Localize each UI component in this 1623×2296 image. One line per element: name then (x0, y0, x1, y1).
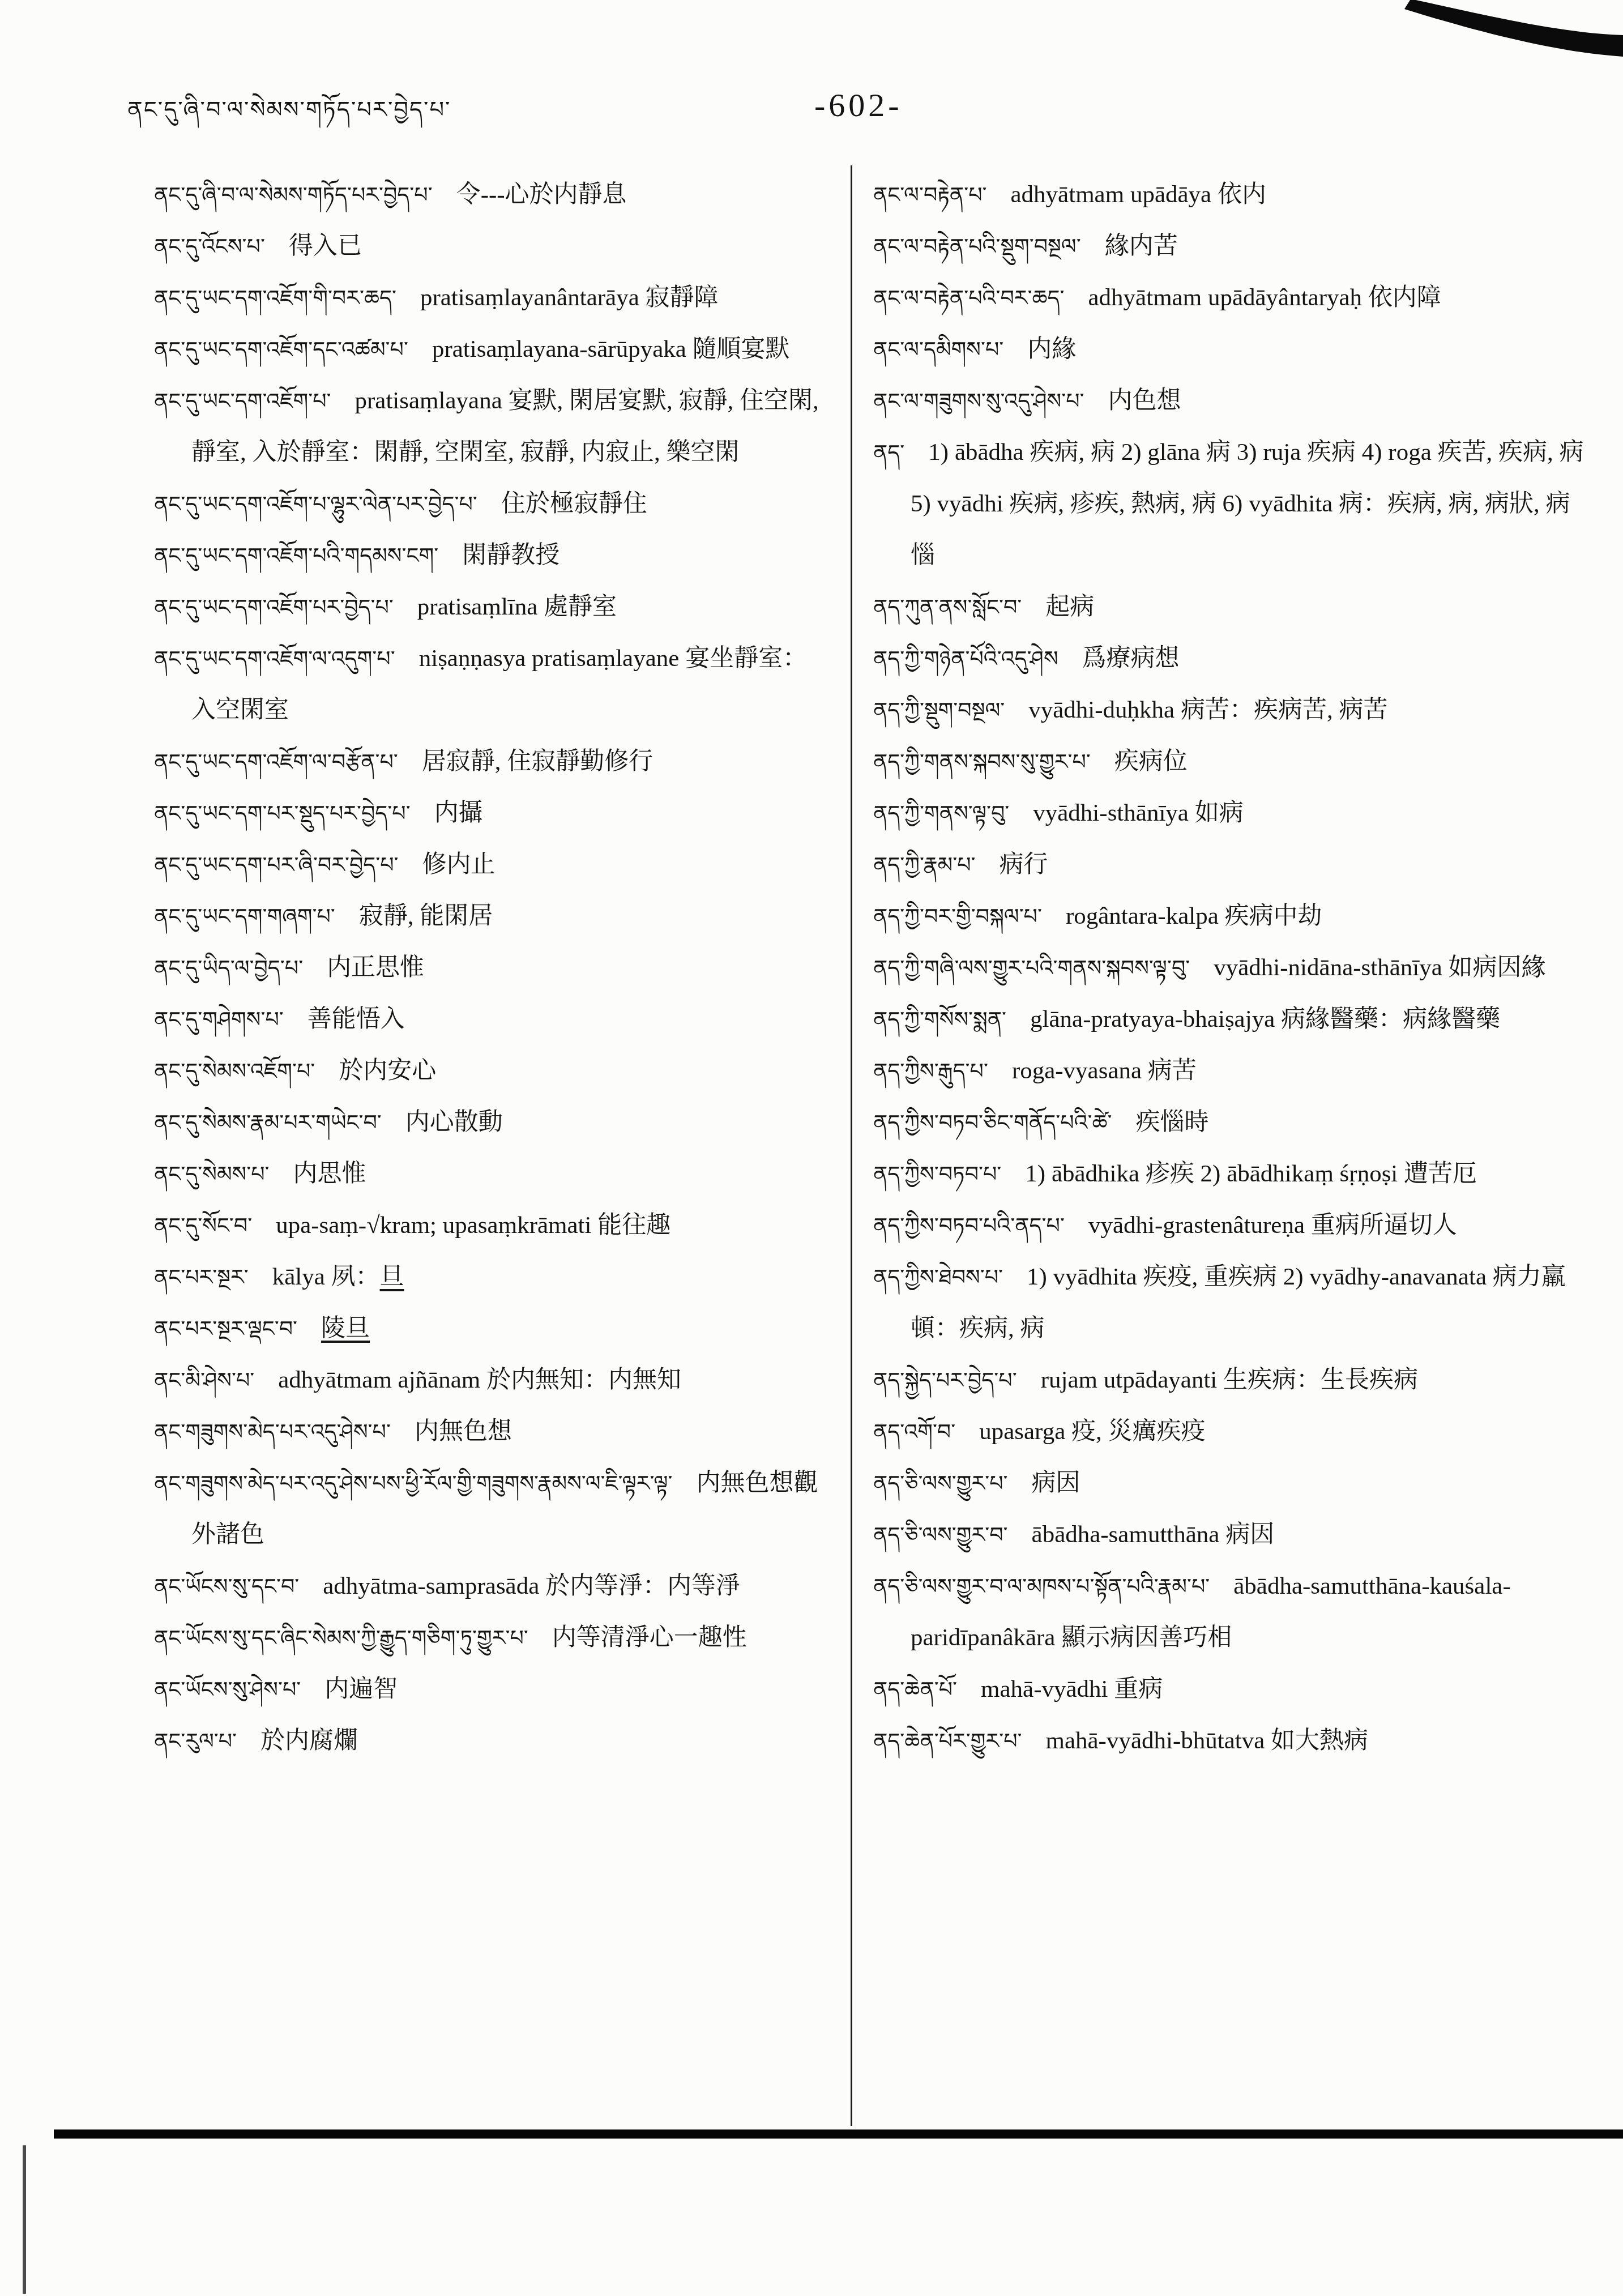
dictionary-entry: ནང་གཟུགས་མེད་པར་འདུ་ཤེས་པས་ཕྱི་རོལ་གྱི་ག… (154, 1457, 829, 1560)
tibetan-headword: ནད་ཀྱི་གནས་སྐབས་སུ་གྱུར་པ་ (873, 749, 1091, 774)
tibetan-headword: ནད་ཀྱི་སྡུག་བསྔལ་ (873, 698, 1005, 723)
tibetan-headword: ནད་ཀྱི་བར་གྱི་བསྐལ་པ་ (873, 904, 1042, 929)
page-number: -602- (814, 86, 903, 124)
gloss-text: 於内腐爛 (260, 1727, 358, 1754)
gloss-text: mahā-vyādhi 重病 (981, 1676, 1163, 1702)
dictionary-entry: ནང་ཡོངས་སུ་ཤེས་པ་内遍智 (154, 1663, 829, 1715)
gloss-text: 緣内苦 (1105, 233, 1178, 259)
tibetan-headword: ནང་དུ་ཡང་དག་འཇོག་གི་བར་ཆད་ (154, 285, 396, 310)
gloss-text: 爲療病想 (1082, 645, 1180, 672)
tibetan-headword: ནང་ལ་གཟུགས་སུ་འདུ་ཤེས་པ་ (873, 389, 1084, 413)
gloss-text: glāna-pratyaya-bhaiṣajya 病緣醫藥：病緣醫藥 (1030, 1006, 1500, 1032)
gloss-text: 内心散動 (405, 1109, 503, 1136)
dictionary-entry: ནང་དུ་ཡང་དག་འཇོག་པ་ལྷུར་ལེན་པར་བྱེད་པ་住於… (154, 478, 829, 530)
dictionary-entry: ནད་སྐྱེད་པར་བྱེད་པ་rujam utpādayanti 生疾病… (873, 1354, 1594, 1406)
tibetan-headword: ནང་དུ་ཡང་དག་འཇོག་པ་ལྷུར་ལེན་པར་བྱེད་པ་ (154, 492, 477, 517)
gloss-text: 起病 (1045, 594, 1094, 620)
gloss-text: pratisaṃlayana-sārūpyaka 隨順宴默 (432, 336, 790, 362)
tibetan-headword: ནང་ཡོངས་སུ་དང་ཞིང་སེམས་ཀྱི་རྒྱུད་གཅིག་ཏུ… (154, 1625, 528, 1650)
tibetan-headword: ནང་པར་སྔར་ (154, 1265, 249, 1290)
dictionary-entry: ནང་ལ་དམིགས་པ་内緣 (873, 323, 1594, 375)
gloss-text: 1) vyādhita 疾疫, 重疾病 2) vyādhy-anavanata … (911, 1264, 1566, 1342)
dictionary-entry: ནང་དུ་ཡང་དག་འཇོག་གི་བར་ཆད་pratisaṃlayanâ… (154, 272, 829, 323)
dictionary-entry: ནང་དུ་ཡང་དག་པར་ཞི་བར་བྱེད་པ་修内止 (154, 839, 829, 890)
tibetan-headword: ནང་དུ་ཡང་དག་འཇོག་པར་བྱེད་པ་ (154, 595, 394, 620)
dictionary-entry: ནད་ཀྱིས་ཐེབས་པ་1) vyādhita 疾疫, 重疾病 2) vy… (873, 1251, 1594, 1354)
dictionary-entry: ནང་དུ་གཤེགས་པ་善能悟入 (154, 993, 829, 1045)
tibetan-headword: ནང་དུ་གཤེགས་པ་ (154, 1007, 284, 1032)
dictionary-entry: ནང་དུ་ཡང་དག་འཇོག་ལ་བརྩོན་པ་居寂靜, 住寂靜勤修行 (154, 736, 829, 787)
gloss-text: 居寂靜, 住寂靜勤修行 (422, 748, 654, 775)
left-column: ནང་དུ་ཞི་བ་ལ་སེམས་གཏོད་པར་བྱེད་པ་令---心於内… (154, 169, 829, 1766)
tibetan-headword: ནང་དུ་ཡིད་ལ་བྱེད་པ་ (154, 955, 303, 980)
tibetan-headword: ནང་པར་སྔར་ལྡང་བ་ (154, 1316, 297, 1341)
column-divider (851, 165, 852, 2126)
tibetan-headword: ནང་དུ་ཡང་དག་པར་སྡུད་པར་བྱེད་པ་ (154, 801, 411, 826)
tibetan-headword: ནང་ཡོངས་སུ་དང་བ་ (154, 1574, 299, 1599)
gloss-text: vyādhi-duḥkha 病苦：疾病苦, 病苦 (1028, 697, 1387, 723)
tibetan-headword: ནད་ཀྱི་རྣམ་པ་ (873, 852, 976, 877)
tibetan-headword: ནད་ཀྱིས་བཏབ་པ་ (873, 1162, 1001, 1187)
dictionary-entry: ནང་དུ་ཡིད་ལ་བྱེད་པ་内正思惟 (154, 942, 829, 993)
dictionary-entry: ནད་ཀྱི་གཉེན་པོའི་འདུ་ཤེས爲療病想 (873, 633, 1594, 684)
tibetan-headword: ནད་ (873, 440, 904, 465)
tibetan-headword: ནང་ལ་བརྟེན་པའི་སྡུག་བསྔལ་ (873, 234, 1081, 259)
dictionary-entry: ནད་ཀྱི་བར་གྱི་བསྐལ་པ་rogântara-kalpa 疾病中… (873, 890, 1594, 942)
dictionary-entry: ནང་དུ་སེམས་པ་内思惟 (154, 1148, 829, 1200)
tibetan-headword: ནང་དུ་ཡང་དག་འཇོག་དང་འཚམ་པ་ (154, 337, 408, 362)
dictionary-entry: ནད་1) ābādha 疾病, 病 2) glāna 病 3) ruja 疾病… (873, 426, 1594, 581)
tibetan-headword: ནང་དུ་ཞི་བ་ལ་སེམས་གཏོད་པར་བྱེད་པ་ (154, 182, 433, 207)
dictionary-entry: ནང་དུ་འོངས་པ་得入已 (154, 220, 829, 272)
dictionary-entry: ནང་དུ་ཡང་དག་འཇོག་པ་pratisaṃlayana 宴默, 閑居… (154, 375, 829, 478)
tibetan-headword: ནང་ཡོངས་སུ་ཤེས་པ་ (154, 1677, 301, 1702)
gloss-text: vyādhi-sthānīya 如病 (1033, 800, 1243, 826)
gloss-text: adhyātmam ajñānam 於内無知：内無知 (278, 1367, 681, 1393)
tibetan-headword: ནང་དུ་ཡང་དག་འཇོག་པ་ (154, 389, 331, 413)
dictionary-entry: ནང་པར་སྔར་kālya 夙：旦 (154, 1251, 829, 1303)
gloss-text: rujam utpādayanti 生疾病：生長疾病 (1041, 1367, 1418, 1393)
dictionary-entry: ནད་ཆེན་པོར་གྱུར་པ་mahā-vyādhi-bhūtatva 如… (873, 1715, 1594, 1766)
gloss-underlined-text: 陵旦 (321, 1315, 370, 1342)
tibetan-headword: ནད་ཀྱིས་བཏབ་པའི་ནད་པ་ (873, 1213, 1065, 1238)
dictionary-entry: ནང་དུ་ཞི་བ་ལ་སེམས་གཏོད་པར་བྱེད་པ་令---心於内… (154, 169, 829, 220)
right-column: ནང་ལ་བརྟེན་པ་adhyātmam upādāya 依内ནང་ལ་བར… (873, 169, 1594, 1766)
tibetan-headword: ནང་ལ་དམིགས་པ་ (873, 337, 1003, 362)
tibetan-headword: ནང་གཟུགས་མེད་པར་འདུ་ཤེས་པས་ཕྱི་རོལ་གྱི་ག… (154, 1471, 673, 1496)
tibetan-headword: ནང་དུ་ཡང་དག་གཞག་པ་ (154, 904, 335, 929)
running-title-tibetan: ནང་དུ་ཞི་བ་ལ་སེམས་གཏོད་པར་བྱེད་པ་ (127, 84, 451, 148)
gloss-text: 内思惟 (293, 1160, 366, 1187)
dictionary-entry: ནད་ཀྱི་རྣམ་པ་病行 (873, 839, 1594, 890)
tibetan-headword: ནད་ཀྱི་གཞི་ལས་གྱུར་པའི་གནས་སྐབས་ལྟ་བུ་ (873, 955, 1190, 980)
tibetan-headword: ནང་དུ་སོང་བ་ (154, 1213, 252, 1238)
tibetan-headword: ནད་སྐྱེད་པར་བྱེད་པ་ (873, 1368, 1017, 1393)
tibetan-headword: ནད་ཆེན་པོར་གྱུར་པ་ (873, 1729, 1022, 1753)
gloss-text: vyādhi-grastenâtureṇa 重病所逼切人 (1088, 1212, 1457, 1239)
dictionary-entry: ནང་དུ་ཡང་དག་འཇོག་ལ་འདུག་པ་niṣaṇṇasya pra… (154, 633, 829, 736)
dictionary-entry: ནང་དུ་སེམས་རྣམ་པར་གཡེང་བ་内心散動 (154, 1096, 829, 1148)
gloss-text: vyādhi-nidāna-sthānīya 如病因緣 (1214, 954, 1545, 981)
dictionary-entry: ནང་ཡོངས་སུ་དང་ཞིང་སེམས་ཀྱི་རྒྱུད་གཅིག་ཏུ… (154, 1612, 829, 1663)
dictionary-entry: ནང་དུ་ཡང་དག་འཇོག་པའི་གདམས་ངག་閑靜教授 (154, 530, 829, 581)
gloss-text: rogântara-kalpa 疾病中劫 (1066, 903, 1322, 929)
gloss-text: 内等清淨心一趣性 (552, 1624, 747, 1651)
gloss-text: 得入已 (289, 233, 362, 259)
gloss-text: 疾惱時 (1135, 1109, 1208, 1136)
tibetan-headword: ནང་དུ་སེམས་རྣམ་པར་གཡེང་བ་ (154, 1110, 382, 1135)
tibetan-headword: ནད་ཀྱི་གནས་ལྟ་བུ་ (873, 801, 1009, 826)
gloss-text: adhyātmam upādāyântaryaḥ 依内障 (1088, 284, 1441, 311)
gloss-text: pratisaṃlayanântarāya 寂靜障 (420, 284, 719, 311)
bottom-rule (54, 2129, 1623, 2139)
gloss-text: 内緣 (1027, 336, 1076, 362)
gloss-text: roga-vyasana 病苦 (1012, 1057, 1197, 1084)
tibetan-headword: ནང་ལ་བརྟེན་པ་ (873, 182, 987, 207)
tibetan-headword: ནང་གཟུགས་མེད་པར་འདུ་ཤེས་པ་ (154, 1419, 391, 1444)
dictionary-entry: ནང་པར་སྔར་ལྡང་བ་陵旦 (154, 1303, 829, 1354)
dictionary-entry: ནད་ཀྱིས་རྒུད་པ་roga-vyasana 病苦 (873, 1045, 1594, 1096)
tibetan-headword: ནད་ཅི་ལས་གྱུར་བ་ལ་མཁས་པ་སྟོན་པའི་རྣམ་པ་ (873, 1574, 1210, 1599)
tibetan-headword: ནང་རུལ་པ་ (154, 1729, 237, 1753)
gloss-text: 内無色想 (415, 1418, 512, 1445)
tibetan-headword: ནད་ཀྱི་གཉེན་པོའི་འདུ་ཤེས (873, 646, 1058, 671)
dictionary-entry: ནང་ལ་བརྟེན་པའི་སྡུག་བསྔལ་緣内苦 (873, 220, 1594, 272)
dictionary-entry: ནང་ལ་གཟུགས་སུ་འདུ་ཤེས་པ་内色想 (873, 375, 1594, 426)
gloss-text: 修内止 (422, 851, 496, 878)
dictionary-entry: ནང་དུ་ཡང་དག་འཇོག་དང་འཚམ་པ་pratisaṃlayana… (154, 323, 829, 375)
corner-scan-artifact (1404, 0, 1623, 57)
gloss-text: pratisaṃlīna 處靜室 (417, 594, 617, 620)
tibetan-headword: ནད་ཆེན་པོ་ (873, 1677, 957, 1702)
tibetan-headword: ནད་ཀྱིས་ཐེབས་པ་ (873, 1265, 1003, 1290)
dictionary-entry: ནད་ཀྱི་གནས་སྐབས་སུ་གྱུར་པ་疾病位 (873, 736, 1594, 787)
tibetan-headword: ནང་དུ་འོངས་པ་ (154, 234, 265, 259)
dictionary-entry: ནད་ཀྱིས་བཏབ་ཅིང་གནོད་པའི་ཚེ་疾惱時 (873, 1096, 1594, 1148)
tibetan-headword: ནད་ཀྱི་གསོས་སྨན་ (873, 1007, 1006, 1032)
gloss-text: 病行 (1000, 851, 1048, 878)
tibetan-headword: ནང་དུ་ཡང་དག་འཇོག་པའི་གདམས་ངག་ (154, 543, 438, 568)
gloss-text: 於内安心 (339, 1057, 436, 1084)
dictionary-entry: ནད་ཅི་ལས་གྱུར་བ་ལ་མཁས་པ་སྟོན་པའི་རྣམ་པ་ā… (873, 1560, 1594, 1663)
dictionary-entry: ནད་འགོ་བ་upasarga 疫, 災癘疾疫 (873, 1406, 1594, 1457)
dictionary-entry: ནང་དུ་ཡང་དག་པར་སྡུད་པར་བྱེད་པ་内攝 (154, 787, 829, 839)
tibetan-headword: ནད་ཀུན་ནས་སློང་བ་ (873, 595, 1022, 620)
dictionary-entry: ནང་ལ་བརྟེན་པ་adhyātmam upādāya 依内 (873, 169, 1594, 220)
dictionary-entry: ནད་ཅི་ལས་གྱུར་པ་病因 (873, 1457, 1594, 1509)
tibetan-headword: ནད་འགོ་བ་ (873, 1419, 955, 1444)
dictionary-entry: ནད་ཀྱིས་བཏབ་པའི་ནད་པ་vyādhi-grastenâture… (873, 1200, 1594, 1251)
tibetan-headword: ནད་ཅི་ལས་གྱུར་བ་ (873, 1522, 1008, 1547)
gloss-text: adhyātmam upādāya 依内 (1011, 181, 1266, 208)
gloss-text: 内正思惟 (327, 954, 424, 981)
gloss-text: 病因 (1032, 1470, 1080, 1496)
gloss-text: 内遍智 (324, 1676, 398, 1702)
dictionary-entry: ནད་ཀྱི་གསོས་སྨན་glāna-pratyaya-bhaiṣajya… (873, 993, 1594, 1045)
gloss-underlined-text: 旦 (380, 1264, 404, 1290)
gloss-text: kālya 夙： (272, 1264, 380, 1290)
gloss-text: 1) ābādha 疾病, 病 2) glāna 病 3) ruja 疾病 4)… (911, 439, 1584, 569)
tibetan-headword: ནང་མི་ཤེས་པ་ (154, 1368, 254, 1393)
dictionary-entry: ནད་ཀྱི་སྡུག་བསྔལ་vyādhi-duḥkha 病苦：疾病苦, 病… (873, 684, 1594, 736)
dictionary-entry: ནད་ཀྱིས་བཏབ་པ་1) ābādhika 疹疾 2) ābādhika… (873, 1148, 1594, 1200)
gloss-text: 内攝 (434, 800, 483, 826)
gloss-text: ābādha-samutthāna 病因 (1032, 1521, 1275, 1548)
tibetan-headword: ནང་དུ་ཡང་དག་འཇོག་ལ་འདུག་པ་ (154, 646, 395, 671)
tibetan-headword: ནད་ཅི་ལས་གྱུར་པ་ (873, 1471, 1008, 1496)
tibetan-headword: ནང་དུ་ཡང་དག་པར་ཞི་བར་བྱེད་པ་ (154, 852, 399, 877)
gloss-text: 住於極寂靜住 (501, 490, 647, 517)
gloss-text: 善能悟入 (307, 1006, 405, 1032)
dictionary-entry: ནང་དུ་སེམས་འཇོག་པ་於内安心 (154, 1045, 829, 1096)
dictionary-entry: ནད་ཀྱི་གནས་ལྟ་བུ་vyādhi-sthānīya 如病 (873, 787, 1594, 839)
dictionary-entry: ནང་རུལ་པ་於内腐爛 (154, 1715, 829, 1766)
gloss-text: upa-saṃ-√kram; upasaṃkrāmati 能往趣 (276, 1212, 670, 1239)
gloss-text: mahā-vyādhi-bhūtatva 如大熱病 (1045, 1727, 1368, 1754)
dictionary-entry: ནང་དུ་ཡང་དག་གཞག་པ་寂靜, 能閑居 (154, 890, 829, 942)
gloss-text: 1) ābādhika 疹疾 2) ābādhikaṃ śṛṇoṣi 遭苦厄 (1025, 1160, 1477, 1187)
dictionary-entry: ནང་ལ་བརྟེན་པའི་བར་ཆད་adhyātmam upādāyânt… (873, 272, 1594, 323)
gloss-text: 寂靜, 能閑居 (359, 903, 493, 929)
left-edge-scan-line (23, 2145, 26, 2294)
tibetan-headword: ནང་དུ་སེམས་འཇོག་པ་ (154, 1059, 315, 1083)
dictionary-entry: ནད་ཀུན་ནས་སློང་བ་起病 (873, 581, 1594, 633)
dictionary-entry: ནང་དུ་ཡང་དག་འཇོག་པར་བྱེད་པ་pratisaṃlīna … (154, 581, 829, 633)
gloss-text: 疾病位 (1114, 748, 1188, 775)
gloss-text: adhyātma-samprasāda 於内等淨：内等淨 (323, 1573, 740, 1599)
gloss-text: 閑靜教授 (462, 542, 559, 569)
tibetan-headword: ནད་ཀྱིས་རྒུད་པ་ (873, 1059, 988, 1083)
tibetan-headword: ནང་དུ་ཡང་དག་འཇོག་ལ་བརྩོན་པ་ (154, 749, 398, 774)
tibetan-headword: ནད་ཀྱིས་བཏབ་ཅིང་གནོད་པའི་ཚེ་ (873, 1110, 1112, 1135)
gloss-text: upasarga 疫, 災癘疾疫 (979, 1418, 1205, 1445)
dictionary-entry: ནང་མི་ཤེས་པ་adhyātmam ajñānam 於内無知：内無知 (154, 1354, 829, 1406)
dictionary-entry: ནང་གཟུགས་མེད་པར་འདུ་ཤེས་པ་内無色想 (154, 1406, 829, 1457)
gloss-text: 内色想 (1108, 387, 1181, 414)
gloss-text: 令---心於内靜息 (456, 181, 627, 208)
dictionary-entry: ནད་ཆེན་པོ་mahā-vyādhi 重病 (873, 1663, 1594, 1715)
dictionary-entry: ནད་ཅི་ལས་གྱུར་བ་ābādha-samutthāna 病因 (873, 1509, 1594, 1560)
tibetan-headword: ནང་དུ་སེམས་པ་ (154, 1162, 270, 1187)
dictionary-entry: ནང་ཡོངས་སུ་དང་བ་adhyātma-samprasāda 於内等淨… (154, 1560, 829, 1612)
dictionary-entry: ནད་ཀྱི་གཞི་ལས་གྱུར་པའི་གནས་སྐབས་ལྟ་བུ་vy… (873, 942, 1594, 993)
tibetan-headword: ནང་ལ་བརྟེན་པའི་བར་ཆད་ (873, 285, 1065, 310)
dictionary-entry: ནང་དུ་སོང་བ་upa-saṃ-√kram; upasaṃkrāmati… (154, 1200, 829, 1251)
